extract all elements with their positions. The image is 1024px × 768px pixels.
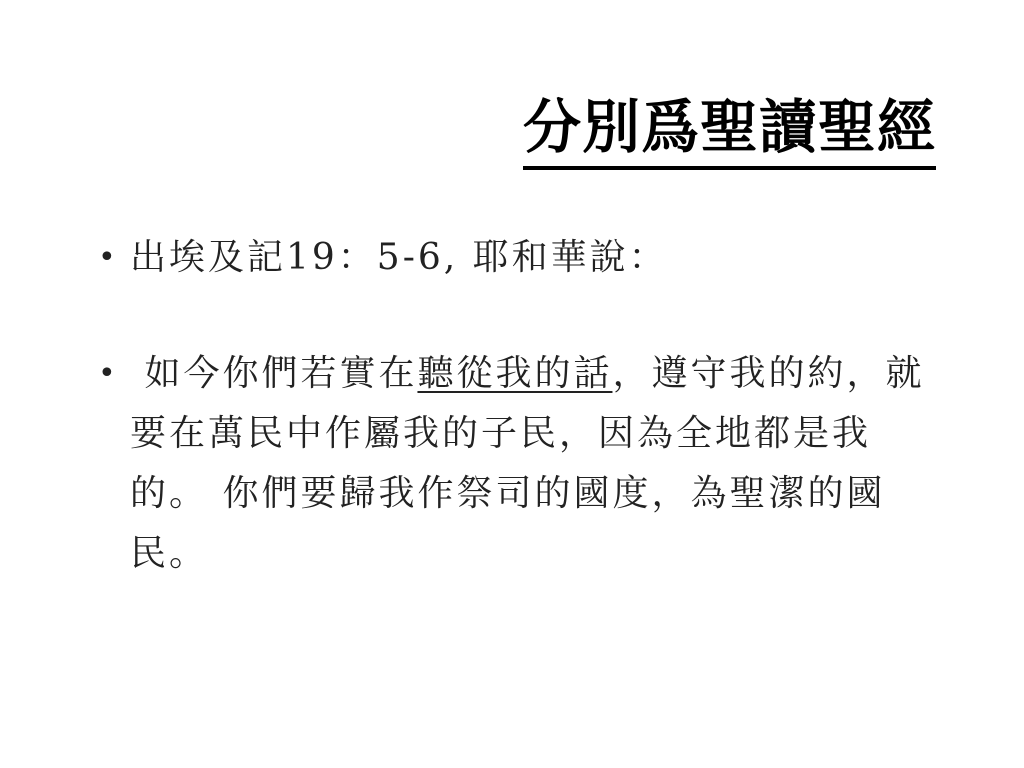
bullet-text: 出埃及記19：5-6, 耶和華說： (130, 237, 668, 278)
quote-underlined-phrase: 聽從我的話 (417, 353, 612, 394)
bullet-icon: • (98, 228, 119, 288)
quote-prefix: 如今你們若實在 (130, 353, 417, 394)
bullet-icon: • (98, 344, 119, 404)
bullet-item-scripture-reference: • 出埃及記19：5-6, 耶和華說： (98, 228, 938, 288)
slide: 分別爲聖讀聖經 • 出埃及記19：5-6, 耶和華說： • 如今你們若實在聽從我… (0, 0, 1024, 768)
title-container: 分別爲聖讀聖經 (523, 92, 936, 170)
slide-title: 分別爲聖讀聖經 (523, 92, 936, 170)
slide-body: • 出埃及記19：5-6, 耶和華說： • 如今你們若實在聽從我的話，遵守我的約… (98, 228, 938, 584)
bullet-item-scripture-quote: • 如今你們若實在聽從我的話，遵守我的約，就要在萬民中作屬我的子民，因為全地都是… (98, 344, 938, 584)
